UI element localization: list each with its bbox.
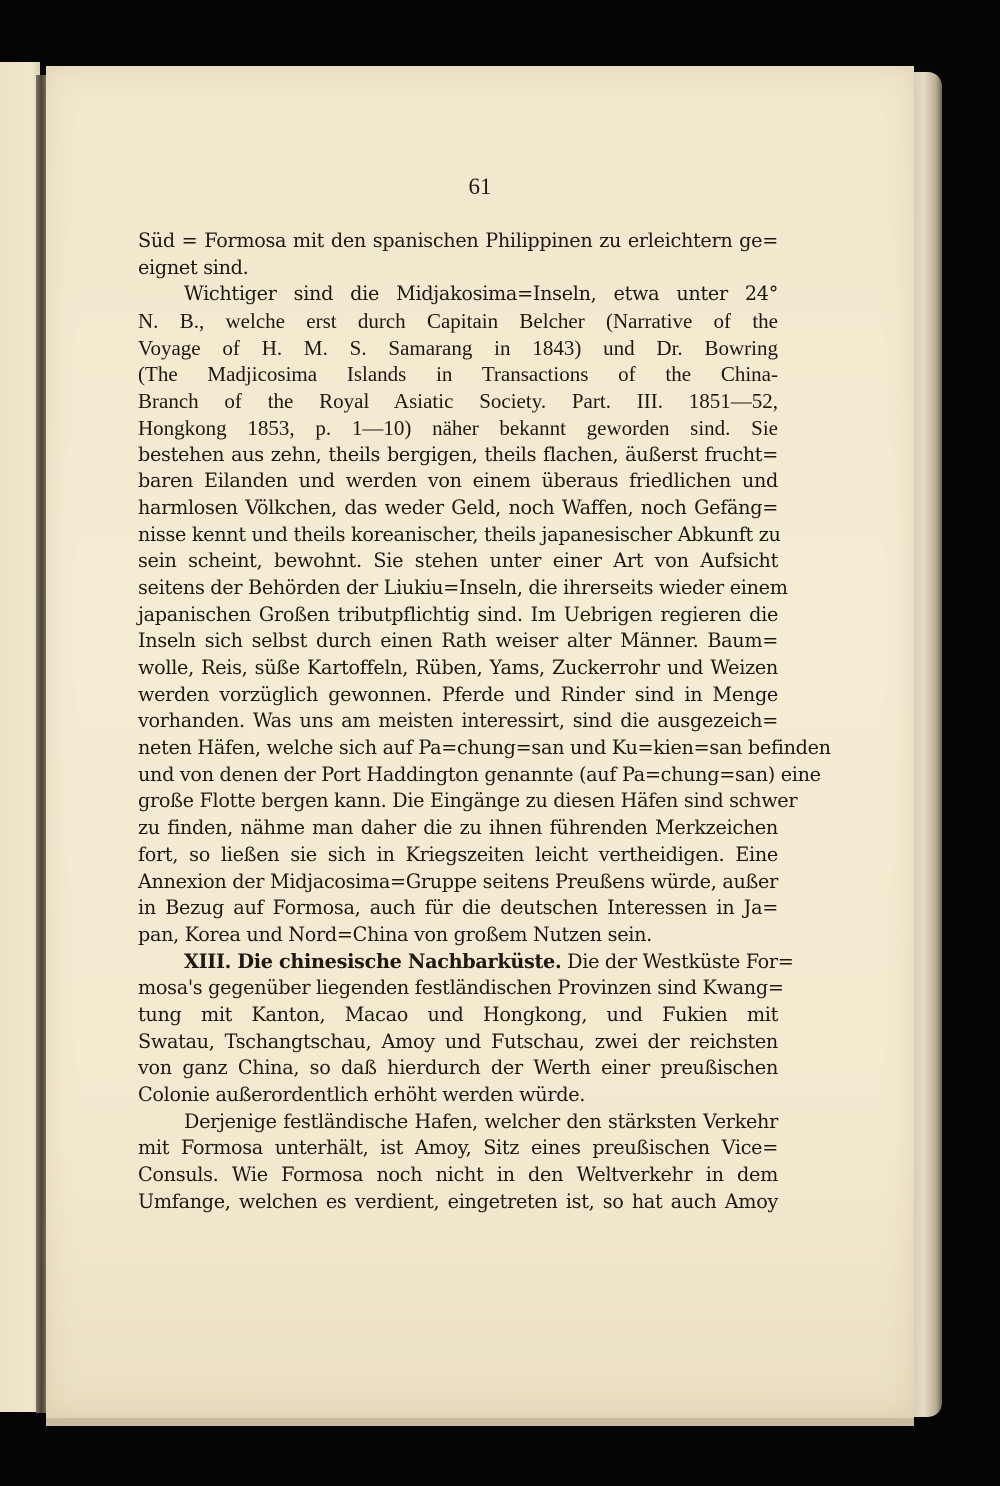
text-line: Annexion der Midjacosima=Gruppe seitens … <box>138 869 778 896</box>
text-line: Voyage of H. M. S. Samarang in 1843) und… <box>138 335 778 362</box>
text-line: N. B., welche erst durch Capitain Belche… <box>138 308 778 335</box>
facing-page-edge <box>0 62 40 1412</box>
text-line: harmlosen Völkchen, das weder Geld, noch… <box>138 495 778 522</box>
text-line: Branch of the Royal Asiatic Society. Par… <box>138 388 778 415</box>
text-line: große Flotte bergen kann. Die Eingänge z… <box>138 788 778 815</box>
section-heading: XIII. Die chinesische Nachbarküste. <box>184 950 561 973</box>
body-text: Süd = Formosa mit den spanischen Philipp… <box>138 228 778 1215</box>
section-heading-line: XIII. Die chinesische Nachbarküste. Die … <box>138 949 778 976</box>
text-line: Süd = Formosa mit den spanischen Philipp… <box>138 228 778 255</box>
text-line: bestehen aus zehn, theils bergigen, thei… <box>138 442 778 469</box>
page-number: 61 <box>46 174 914 200</box>
text-line: Colonie außerordentlich erhöht werden wü… <box>138 1082 778 1109</box>
text-line: baren Eilanden und werden von einem über… <box>138 468 778 495</box>
text-line: (The Madjicosima Islands in Transactions… <box>138 361 778 388</box>
text-line: sein scheint, bewohnt. Sie stehen unter … <box>138 548 778 575</box>
text-line: vorhanden. Was uns am meisten interessir… <box>138 708 778 735</box>
book-page: 61 Süd = Formosa mit den spanischen Phil… <box>46 66 914 1426</box>
text-line: japanischen Großen tributpflichtig sind.… <box>138 602 778 629</box>
text-line: von ganz China, so daß hierdurch der Wer… <box>138 1055 778 1082</box>
text-line: neten Häfen, welche sich auf Pa=chung=sa… <box>138 735 778 762</box>
text-line: fort, so ließen sie sich in Kriegszeiten… <box>138 842 778 869</box>
text-line-rest: Die der Westküste For= <box>561 950 793 973</box>
text-line: Consuls. Wie Formosa noch nicht in den W… <box>138 1162 778 1189</box>
text-line: Swatau, Tschangtschau, Amoy und Futschau… <box>138 1029 778 1056</box>
text-line: werden vorzüglich gewonnen. Pferde und R… <box>138 682 778 709</box>
text-line: tung mit Kanton, Macao und Hongkong, und… <box>138 1002 778 1029</box>
text-line: Derjenige festländische Hafen, welcher d… <box>138 1109 778 1136</box>
text-line: Umfange, welchen es verdient, eingetrete… <box>138 1189 778 1216</box>
text-line: Hongkong 1853, p. 1—10) näher bekannt ge… <box>138 415 778 442</box>
text-line: eignet sind. <box>138 255 778 282</box>
text-line: mosa's gegenüber liegenden festländische… <box>138 975 778 1002</box>
text-line: Wichtiger sind die Midjakosima=Inseln, e… <box>138 281 778 308</box>
text-line: in Bezug auf Formosa, auch für die deuts… <box>138 895 778 922</box>
text-line: pan, Korea und Nord=China von großem Nut… <box>138 922 778 949</box>
text-line: mit Formosa unterhält, ist Amoy, Sitz ei… <box>138 1135 778 1162</box>
text-line: Inseln sich selbst durch einen Rath weis… <box>138 628 778 655</box>
text-line: nisse kennt und theils koreanischer, the… <box>138 522 778 549</box>
text-line: und von denen der Port Haddington genann… <box>138 762 778 789</box>
text-line: wolle, Reis, süße Kartoffeln, Rüben, Yam… <box>138 655 778 682</box>
text-line: seitens der Behörden der Liukiu=Inseln, … <box>138 575 778 602</box>
page-stack-edge <box>912 72 942 1417</box>
text-line: zu finden, nähme man daher die zu ihnen … <box>138 815 778 842</box>
